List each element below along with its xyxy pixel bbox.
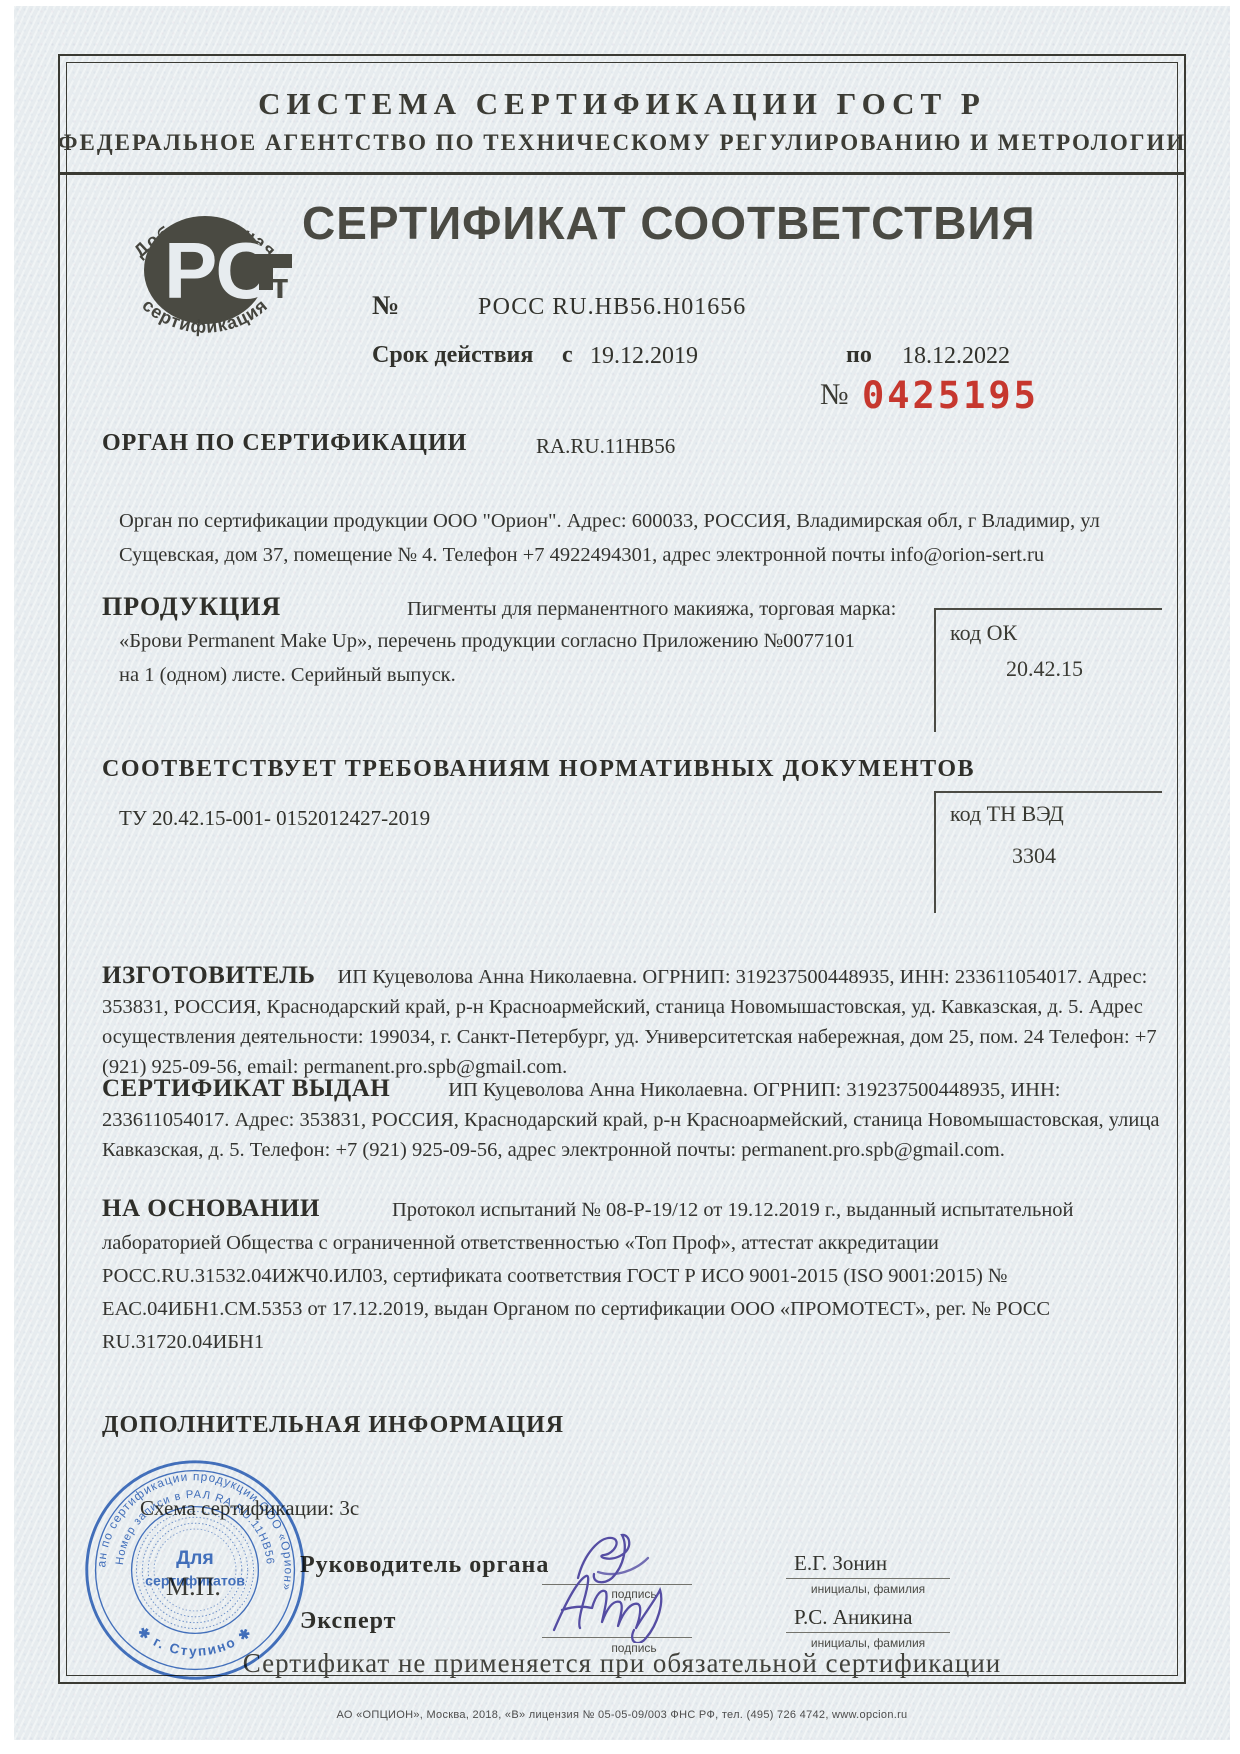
section-heading-compliance: СООТВЕТСТВУЕТ ТРЕБОВАНИЯМ НОРМАТИВНЫХ ДО… <box>102 756 975 783</box>
svg-text:✱ г. Ступино ✱: ✱ г. Ступино ✱ <box>135 1624 255 1659</box>
form-number: 0425195 <box>862 374 1039 417</box>
validity-to-label: по <box>846 342 872 369</box>
certification-system-title: СИСТЕМА СЕРТИФИКАЦИИ ГОСТ Р <box>74 86 1170 122</box>
expert-label: Эксперт <box>300 1608 396 1635</box>
certificate-paper: СИСТЕМА СЕРТИФИКАЦИИ ГОСТ Р ФЕДЕРАЛЬНОЕ … <box>14 6 1230 1740</box>
section-heading-additional-info: ДОПОЛНИТЕЛЬНАЯ ИНФОРМАЦИЯ <box>102 1412 564 1439</box>
header-divider <box>58 172 1186 175</box>
printer-info-line: АО «ОПЦИОН», Москва, 2018, «В» лицензия … <box>14 1709 1230 1721</box>
document-title: СЕРТИФИКАТ СООТВЕТСТВИЯ <box>302 196 1036 250</box>
cert-number: РОСС RU.НВ56.Н01656 <box>478 294 746 321</box>
issued-to-block: СЕРТИФИКАТ ВЫДАНИП Куцеволова Анна Никол… <box>102 1074 1160 1165</box>
stamp-ring1-text: Орган по сертификации продукции ООО «Ори… <box>78 1452 296 1593</box>
stamp-center-line1: Для <box>176 1547 214 1569</box>
validity-label: Срок действия <box>372 342 533 369</box>
rst-logo: Добровольная РС т сертификация <box>100 178 310 358</box>
form-no-label: № <box>820 378 849 412</box>
validity-date-from: 19.12.2019 <box>590 343 698 370</box>
section-heading-basis: НА ОСНОВАНИИ <box>102 1195 320 1222</box>
expert-signature <box>544 1568 714 1648</box>
section-heading-issued-to: СЕРТИФИКАТ ВЫДАН <box>102 1075 390 1102</box>
basis-block: НА ОСНОВАНИИПротокол испытаний № 08-Р-19… <box>102 1192 1147 1359</box>
stamp-center-line2: сертификатов <box>145 1573 245 1589</box>
product-line3: на 1 (одном) листе. Серийный выпуск. <box>119 664 456 687</box>
logo-mark-t: т <box>271 265 289 306</box>
head-of-body-label: Руководитель органа <box>300 1552 549 1579</box>
certification-body-code: RA.RU.11НВ56 <box>536 434 675 459</box>
section-heading-manufacturer: ИЗГОТОВИТЕЛЬ <box>102 962 315 989</box>
federal-agency-title: ФЕДЕРАЛЬНОЕ АГЕНТСТВО ПО ТЕХНИЧЕСКОМУ РЕ… <box>54 130 1190 156</box>
certification-body-stamp: Орган по сертификации продукции ООО «Ори… <box>78 1452 312 1688</box>
ok-code-box: код ОК 20.42.15 <box>934 608 1162 732</box>
manufacturer-block: ИЗГОТОВИТЕЛЬИП Куцеволова Анна Николаевн… <box>102 961 1160 1082</box>
head-name-line <box>786 1554 950 1579</box>
tnved-code-box: код ТН ВЭД 3304 <box>934 791 1162 913</box>
basis-text: Протокол испытаний № 08-Р-19/12 от 19.12… <box>102 1199 1074 1353</box>
svg-text:Орган по сертификации продукци: Орган по сертификации продукции ООО «Ори… <box>78 1452 296 1593</box>
tnved-code-label: код ТН ВЭД <box>950 801 1064 827</box>
product-line2: «Брови Permanent Make Up», перечень прод… <box>119 630 855 653</box>
tnved-code-value: 3304 <box>1012 843 1056 869</box>
section-heading-product: ПРОДУКЦИЯ <box>102 592 281 622</box>
expert-name-line <box>786 1608 950 1633</box>
certification-body-text: Орган по сертификации продукции ООО "Ори… <box>119 504 1157 572</box>
cert-no-label: № <box>372 290 399 321</box>
validity-from-label: с <box>562 342 573 369</box>
ok-code-label: код ОК <box>950 620 1017 646</box>
compliance-text: ТУ 20.42.15-001- 0152012427-2019 <box>119 806 430 831</box>
stamp-bottom-text: ✱ г. Ступино ✱ <box>135 1624 255 1659</box>
section-heading-certification-body: ОРГАН ПО СЕРТИФИКАЦИИ <box>102 430 467 457</box>
head-name-caption: инициалы, фамилия <box>786 1582 950 1596</box>
ok-code-value: 20.42.15 <box>1006 656 1083 682</box>
product-line1: Пигменты для перманентного макияжа, торг… <box>407 598 896 621</box>
validity-date-to: 18.12.2022 <box>902 343 1010 370</box>
